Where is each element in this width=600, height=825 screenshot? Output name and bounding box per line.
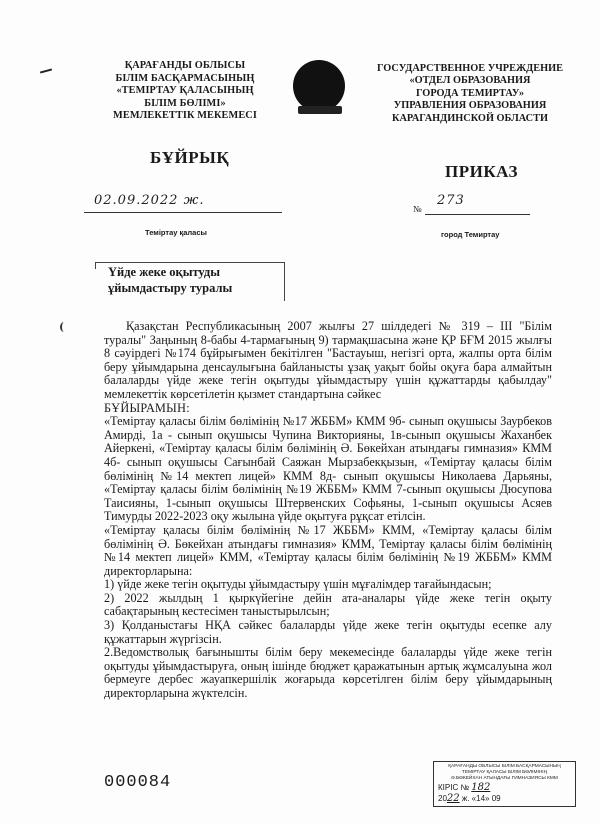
order-subject: Үйде жеке оқытуды ұйымдастыру туралы: [108, 264, 232, 296]
emblem-base: [298, 106, 342, 114]
letterhead-line: КАРАГАНДИНСКОЙ ОБЛАСТИ: [365, 113, 575, 125]
bracket-corner-right: [284, 263, 285, 301]
letterhead-line: ҚАРАҒАНДЫ ОБЛЫСЫ: [100, 60, 270, 73]
scan-artifact: [60, 322, 68, 332]
incoming-registration-stamp: ҚАРАҒАНДЫ ОБЛЫСЫ БІЛІМ БАСҚАРМАСЫНЫҢ ТЕМ…: [433, 761, 576, 807]
subitem-2: 2) 2022 жылдың 1 қыркүйегіне дейін ата-а…: [104, 592, 552, 619]
letterhead-line: ГОРОДА ТЕМИРТАУ»: [365, 88, 575, 100]
stamp-date: ж. «14» 09: [462, 794, 501, 803]
incoming-label: КІРІС №: [438, 783, 469, 792]
stamp-year-prefix: 20: [438, 794, 447, 803]
document-title-kazakh: БҰЙРЫҚ: [150, 148, 229, 168]
order-directive: БҰЙЫРАМЫН:: [104, 402, 552, 416]
letterhead-line: БІЛІМ БӨЛІМІ»: [100, 98, 270, 111]
subject-line: ұйымдастыру туралы: [108, 280, 232, 296]
item-1-paragraph: «Теміртау қаласы білім бөлімінің №17 ЖББ…: [104, 415, 552, 524]
order-number: 273: [437, 193, 465, 208]
scanned-order-page: ҚАРАҒАНДЫ ОБЛЫСЫ БІЛІМ БАСҚАРМАСЫНЫҢ «ТЕ…: [0, 0, 600, 825]
state-emblem-icon: [293, 60, 345, 112]
stamp-incoming-row: КІРІС № 182: [438, 782, 571, 793]
subject-line: Үйде жеке оқытуды: [108, 264, 232, 280]
letterhead-russian: ГОСУДАРСТВЕННОЕ УЧРЕЖДЕНИЕ «ОТДЕЛ ОБРАЗО…: [365, 63, 575, 125]
order-body: Қазақстан Республикасының 2007 жылғы 27 …: [104, 320, 552, 701]
scan-artifact: [40, 68, 52, 73]
subitem-3: 3) Қолданыстағы НҚА сәйкес балаларды үйд…: [104, 619, 552, 646]
document-title-russian: ПРИКАЗ: [445, 162, 518, 182]
number-label: №: [413, 204, 422, 214]
letterhead-kazakh: ҚАРАҒАНДЫ ОБЛЫСЫ БІЛІМ БАСҚАРМАСЫНЫҢ «ТЕ…: [100, 60, 270, 123]
letterhead-line: «ТЕМІРТАУ ҚАЛАСЫНЫҢ: [100, 85, 270, 98]
letterhead-line: «ОТДЕЛ ОБРАЗОВАНИЯ: [365, 75, 575, 87]
preamble-paragraph: Қазақстан Республикасының 2007 жылғы 27 …: [104, 320, 552, 402]
item-2-intro: «Теміртау қаласы білім бөлімінің №17 ЖББ…: [104, 524, 552, 578]
incoming-number: 182: [471, 782, 490, 793]
letterhead-line: УПРАВЛЕНИЯ ОБРАЗОВАНИЯ: [365, 100, 575, 112]
stamp-year-suffix: 22: [447, 793, 460, 804]
subitem-1: 1) үйде жеке тегін оқытуды ұйымдастыру ү…: [104, 578, 552, 592]
city-kazakh: Теміртау қаласы: [145, 228, 207, 237]
letterhead-line: БІЛІМ БАСҚАРМАСЫНЫҢ: [100, 73, 270, 86]
item-3-paragraph: 2.Ведомстволық бағынышты білім беру меке…: [104, 646, 552, 700]
order-date: 02.09.2022 ж.: [94, 193, 204, 208]
letterhead-line: МЕМЛЕКЕТТІК МЕКЕМЕСІ: [100, 110, 270, 123]
city-russian: город Темиртау: [441, 230, 499, 239]
serial-number: 000084: [104, 773, 171, 792]
letterhead-line: ГОСУДАРСТВЕННОЕ УЧРЕЖДЕНИЕ: [365, 63, 575, 75]
stamp-date-row: 2022 ж. «14» 09: [438, 793, 571, 804]
bracket-corner-left: [95, 263, 96, 269]
